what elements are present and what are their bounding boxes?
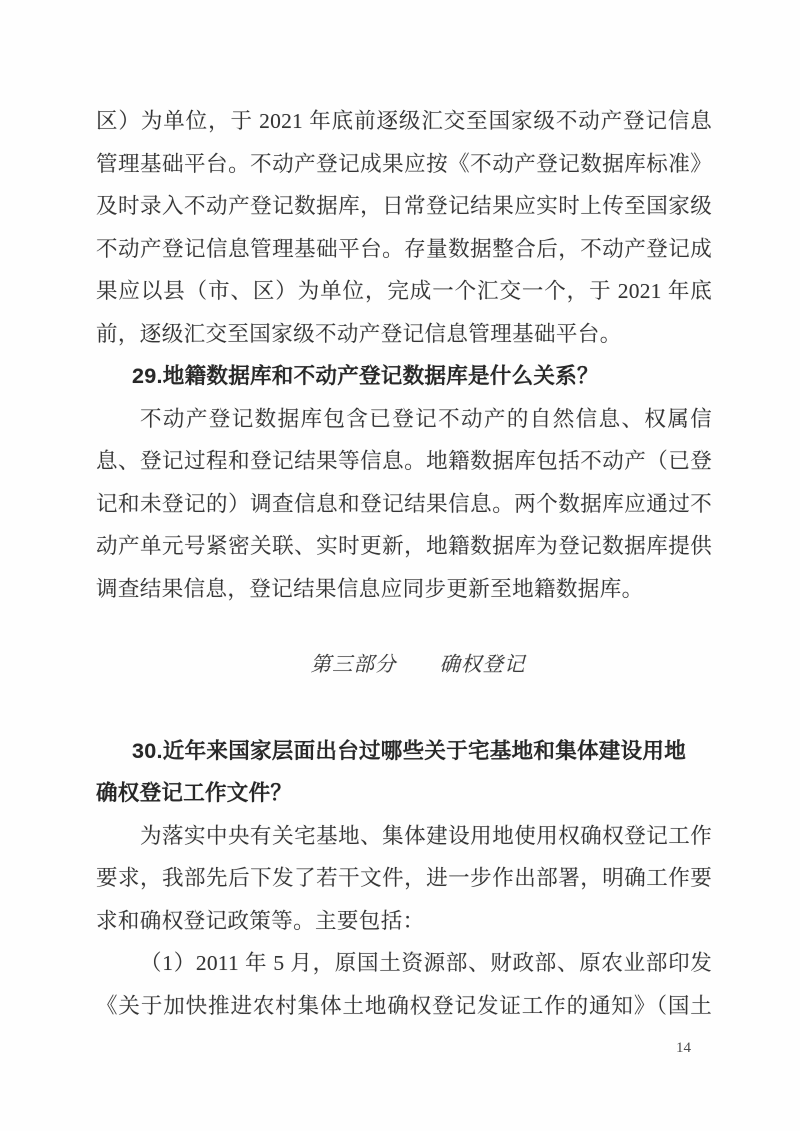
text-line: 果应以县（市、区）为单位，完成一个汇交一个，于 2021 年底 xyxy=(96,270,712,313)
text-line: 记和未登记的）调查信息和登记结果信息。两个数据库应通过不 xyxy=(96,483,712,526)
text-line: 息、登记过程和登记结果等信息。地籍数据库包括不动产（已登 xyxy=(96,440,712,483)
document-page: 区）为单位，于 2021 年底前逐级汇交至国家级不动产登记信息 管理基础平台。不… xyxy=(0,0,800,1131)
text-line: 区）为单位，于 2021 年底前逐级汇交至国家级不动产登记信息 xyxy=(96,100,712,143)
text-line: 前，逐级汇交至国家级不动产登记信息管理基础平台。 xyxy=(96,313,712,356)
text-line: 不动产登记数据库包含已登记不动产的自然信息、权属信 xyxy=(96,398,712,441)
text-line: 调查结果信息，登记结果信息应同步更新至地籍数据库。 xyxy=(96,568,712,611)
page-number: 14 xyxy=(676,1040,691,1057)
document-body: 区）为单位，于 2021 年底前逐级汇交至国家级不动产登记信息 管理基础平台。不… xyxy=(96,100,712,1027)
text-line: 不动产登记信息管理基础平台。存量数据整合后，不动产登记成 xyxy=(96,228,712,271)
text-line: 《关于加快推进农村集体土地确权登记发证工作的通知》（国土 xyxy=(96,985,712,1028)
question-29-heading: 29.地籍数据库和不动产登记数据库是什么关系？ xyxy=(96,355,712,398)
section-title: 第三部分 确权登记 xyxy=(110,644,726,687)
paragraph-continuation: 区）为单位，于 2021 年底前逐级汇交至国家级不动产登记信息 管理基础平台。不… xyxy=(96,100,712,355)
text-line: 及时录入不动产登记数据库，日常登记结果应实时上传至国家级 xyxy=(96,185,712,228)
text-line: （1）2011 年 5 月，原国土资源部、财政部、原农业部印发 xyxy=(96,942,712,985)
question-30-heading-line1: 30.近年来国家层面出台过哪些关于宅基地和集体建设用地 xyxy=(96,730,712,773)
text-line: 要求，我部先后下发了若干文件，进一步作出部署，明确工作要 xyxy=(96,857,712,900)
question-30-answer: 为落实中央有关宅基地、集体建设用地使用权确权登记工作 要求，我部先后下发了若干文… xyxy=(96,815,712,1028)
text-line: 动产单元号紧密关联、实时更新，地籍数据库为登记数据库提供 xyxy=(96,525,712,568)
text-line: 求和确权登记政策等。主要包括： xyxy=(96,900,712,943)
question-29-answer: 不动产登记数据库包含已登记不动产的自然信息、权属信 息、登记过程和登记结果等信息… xyxy=(96,398,712,611)
text-line: 为落实中央有关宅基地、集体建设用地使用权确权登记工作 xyxy=(96,815,712,858)
question-30-heading-line2: 确权登记工作文件？ xyxy=(96,772,712,815)
text-line: 管理基础平台。不动产登记成果应按《不动产登记数据库标准》 xyxy=(96,143,712,186)
